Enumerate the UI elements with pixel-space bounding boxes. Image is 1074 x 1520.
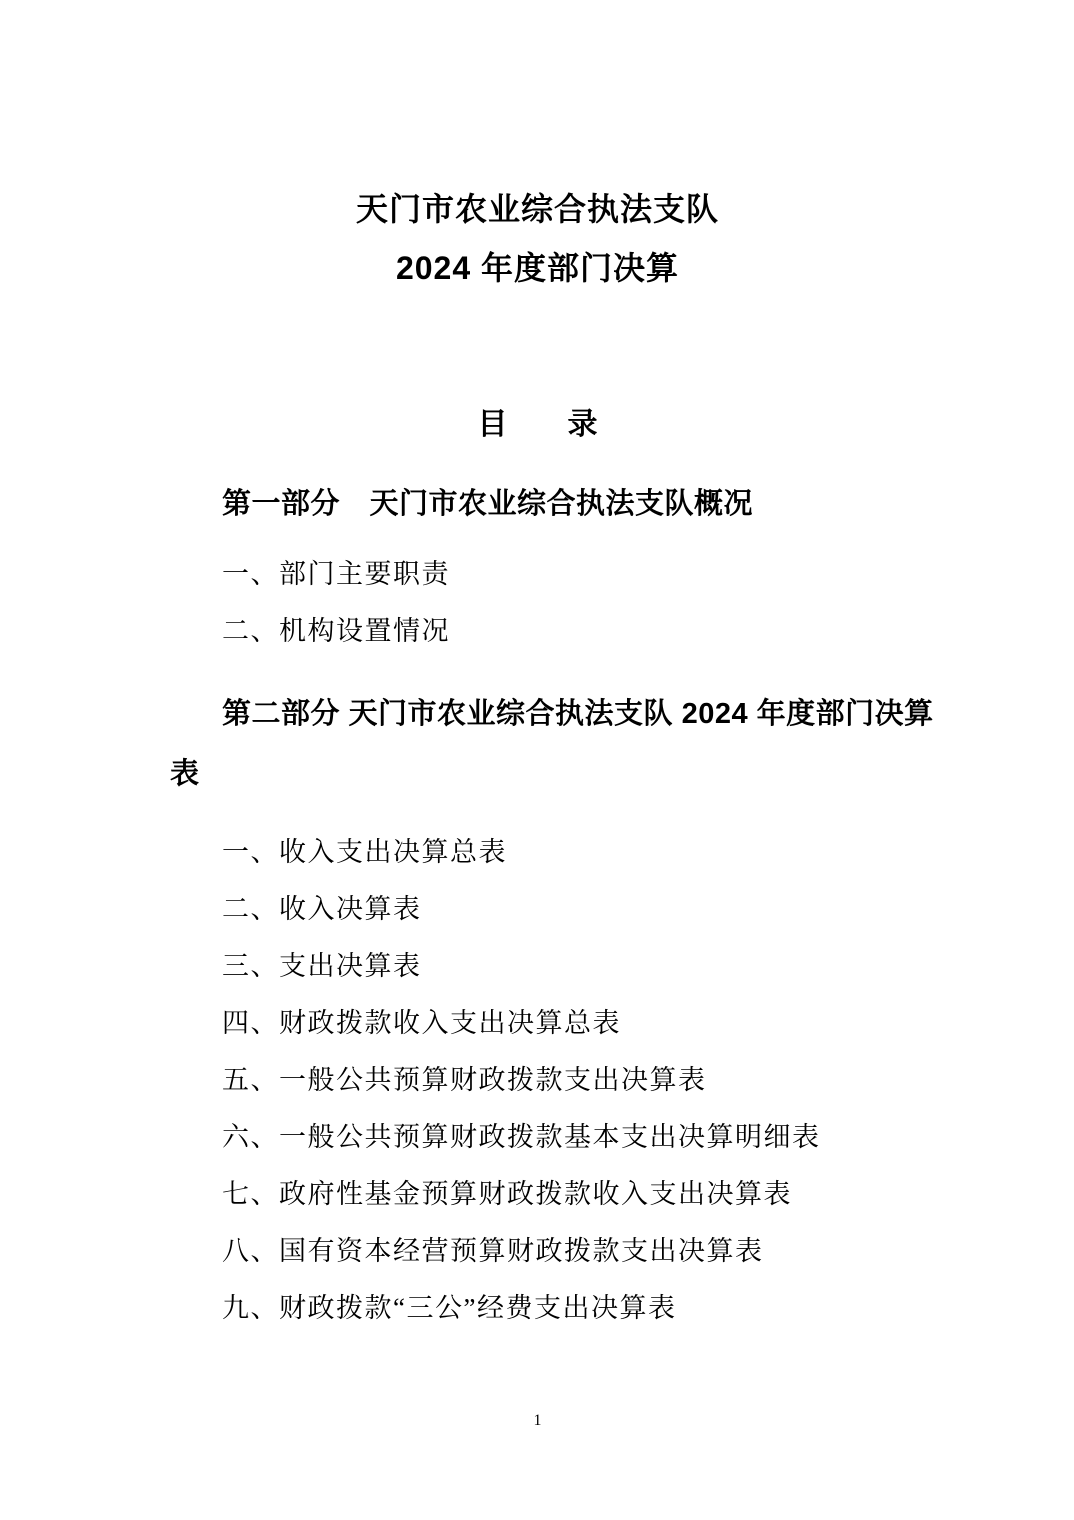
toc-item: 一、收入支出决算总表 [170, 838, 905, 866]
toc-item: 一、部门主要职责 [170, 560, 905, 588]
toc-item: 九、财政拨款“三公”经费支出决算表 [170, 1294, 905, 1322]
part1-heading: 第一部分 天门市农业综合执法支队概况 [170, 490, 905, 519]
document-page: 天门市农业综合执法支队 2024 年度部门决算 目 录 第一部分 天门市农业综合… [0, 0, 1074, 1520]
part2-heading-line2: 表 [170, 760, 905, 789]
page-number: 1 [170, 1413, 905, 1429]
document-title-line2: 2024 年度部门决算 [170, 252, 905, 284]
toc-item: 七、政府性基金预算财政拨款收入支出决算表 [170, 1180, 905, 1208]
toc-item: 四、财政拨款收入支出决算总表 [170, 1009, 905, 1037]
part2-heading-line1: 第二部分 天门市农业综合执法支队 2024 年度部门决算 [170, 700, 905, 729]
toc-item: 五、一般公共预算财政拨款支出决算表 [170, 1066, 905, 1094]
document-title-line1: 天门市农业综合执法支队 [170, 193, 905, 225]
toc-item: 三、支出决算表 [170, 952, 905, 980]
toc-item: 二、机构设置情况 [170, 617, 905, 645]
toc-item: 二、收入决算表 [170, 895, 905, 923]
toc-item: 八、国有资本经营预算财政拨款支出决算表 [170, 1237, 905, 1265]
toc-item: 六、一般公共预算财政拨款基本支出决算明细表 [170, 1123, 905, 1151]
toc-heading: 目 录 [170, 410, 905, 440]
